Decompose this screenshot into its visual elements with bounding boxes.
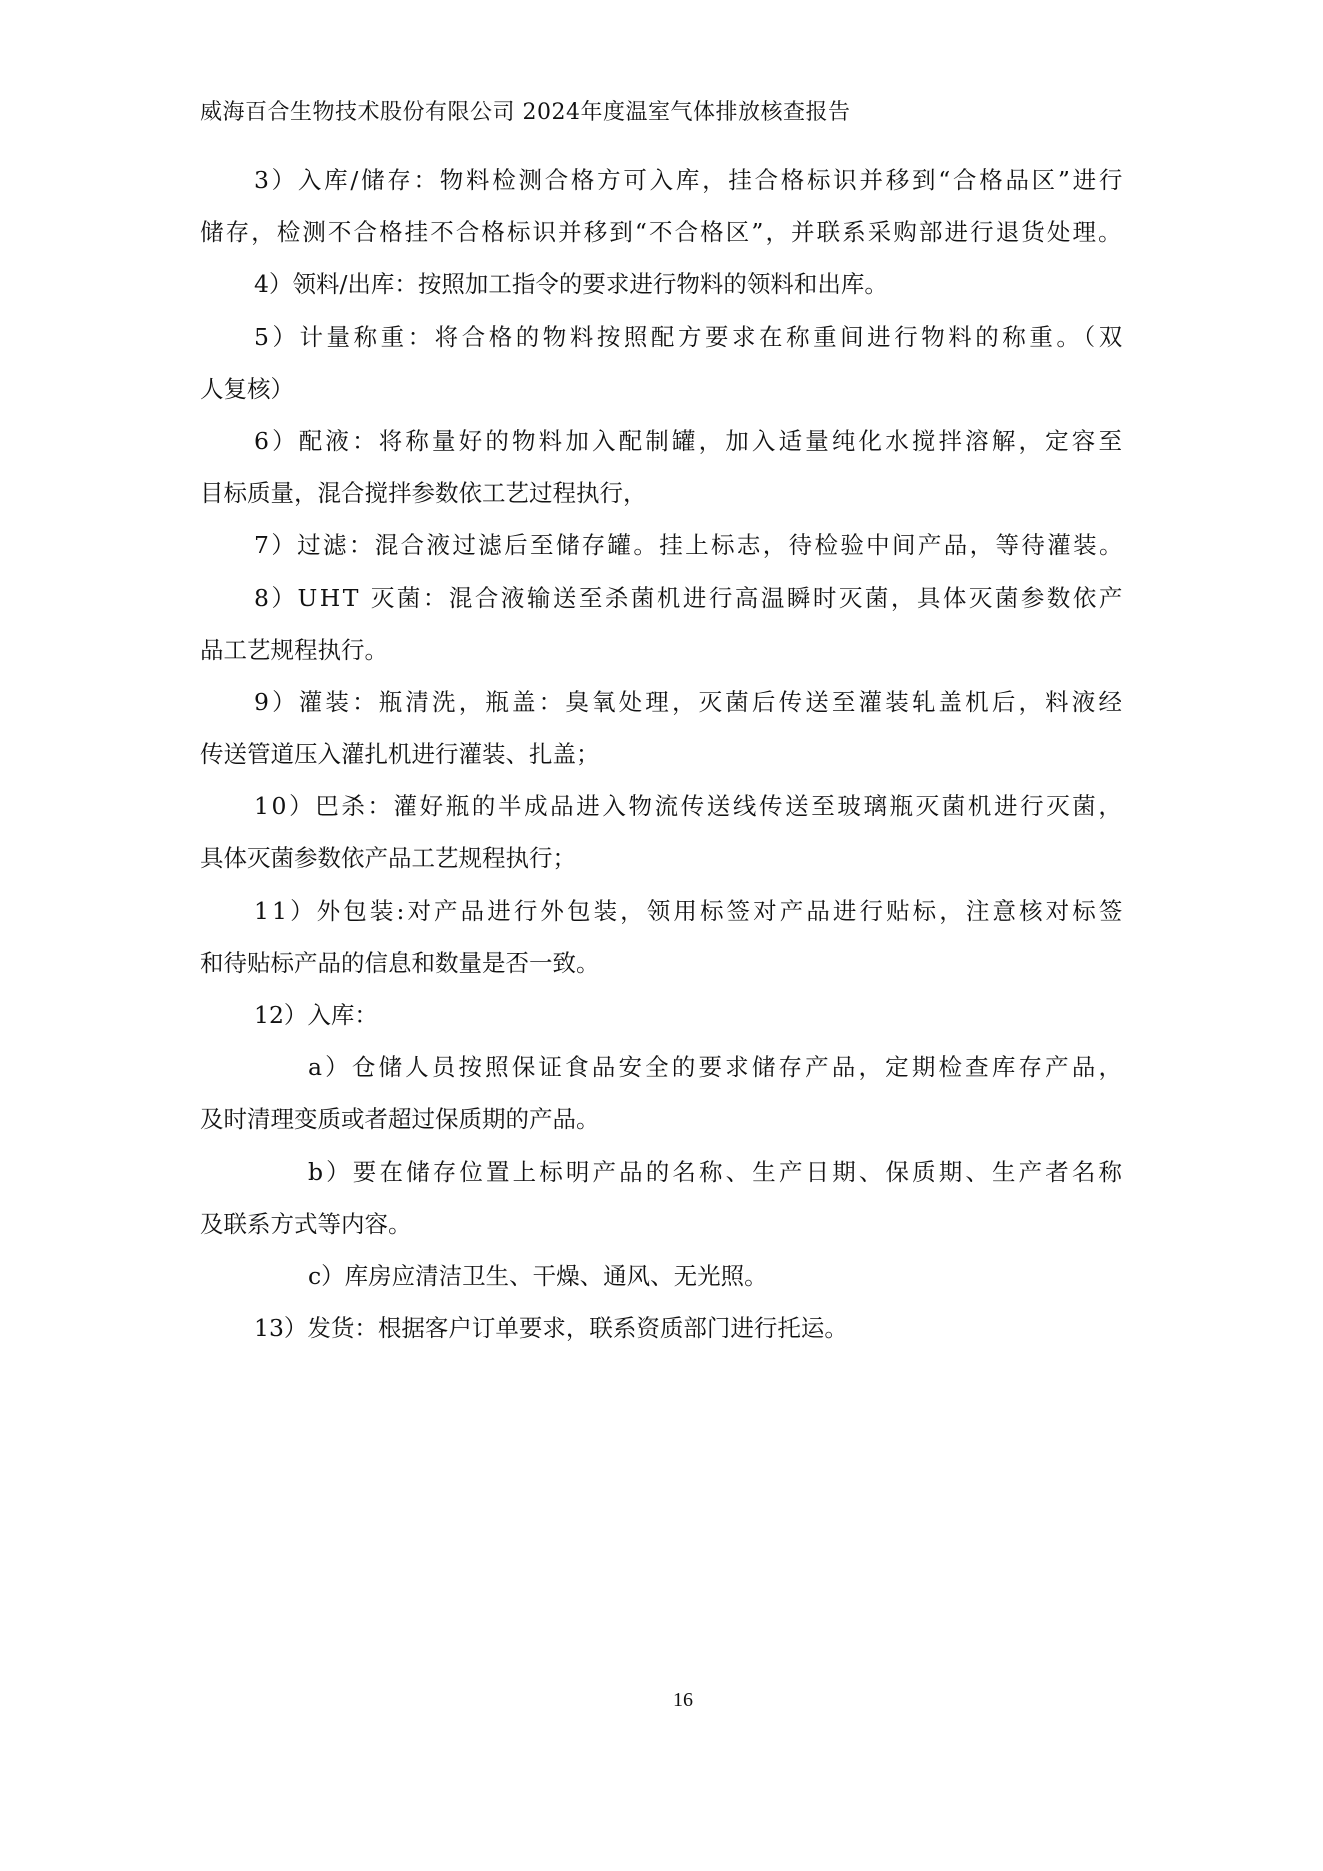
paragraph-line: 储存，检测不合格挂不合格标识并移到“不合格区”，并联系采购部进行退货处理。 — [200, 214, 1122, 266]
paragraph-line: b）要在储存位置上标明产品的名称、生产日期、保质期、生产者名称 — [200, 1154, 1122, 1206]
paragraph-line: 具体灭菌参数依产品工艺规程执行； — [200, 840, 1122, 892]
paragraph-line: 11）外包装:对产品进行外包装，领用标签对产品进行贴标，注意核对标签 — [200, 893, 1122, 945]
paragraph-line: 3）入库/储存：物料检测合格方可入库，挂合格标识并移到“合格品区”进行 — [200, 162, 1122, 214]
paragraph-line: 目标质量，混合搅拌参数依工艺过程执行， — [200, 475, 1122, 527]
paragraph-line: 12）入库： — [200, 997, 1122, 1049]
paragraph-line: 9）灌装：瓶清洗，瓶盖：臭氧处理，灭菌后传送至灌装轧盖机后，料液经 — [200, 684, 1122, 736]
paragraph-line: 和待贴标产品的信息和数量是否一致。 — [200, 945, 1122, 997]
page-header: 威海百合生物技术股份有限公司 2024年度温室气体排放核查报告 — [200, 99, 850, 127]
paragraph-line: 及时清理变质或者超过保质期的产品。 — [200, 1101, 1122, 1153]
paragraph-line: 6）配液：将称量好的物料加入配制罐，加入适量纯化水搅拌溶解，定容至 — [200, 423, 1122, 475]
paragraph-line: 传送管道压入灌扎机进行灌装、扎盖； — [200, 736, 1122, 788]
paragraph-line: 5）计量称重：将合格的物料按照配方要求在称重间进行物料的称重。（双 — [200, 319, 1122, 371]
paragraph-line: 品工艺规程执行。 — [200, 632, 1122, 684]
paragraph-line: 4）领料/出库：按照加工指令的要求进行物料的领料和出库。 — [200, 266, 1122, 318]
page-number: 16 — [0, 1687, 1323, 1713]
paragraph-line: 10）巴杀：灌好瓶的半成品进入物流传送线传送至玻璃瓶灭菌机进行灭菌， — [200, 788, 1122, 840]
paragraph-line: a）仓储人员按照保证食品安全的要求储存产品，定期检查库存产品， — [200, 1049, 1122, 1101]
paragraph-line: 13）发货：根据客户订单要求，联系资质部门进行托运。 — [200, 1310, 1122, 1362]
document-body: 3）入库/储存：物料检测合格方可入库，挂合格标识并移到“合格品区”进行 储存，检… — [200, 162, 1122, 1362]
paragraph-line: 人复核） — [200, 371, 1122, 423]
paragraph-line: 8）UHT 灭菌：混合液输送至杀菌机进行高温瞬时灭菌，具体灭菌参数依产 — [200, 580, 1122, 632]
paragraph-line: c）库房应清洁卫生、干燥、通风、无光照。 — [200, 1258, 1122, 1310]
paragraph-line: 7）过滤：混合液过滤后至储存罐。挂上标志，待检验中间产品，等待灌装。 — [200, 527, 1122, 579]
paragraph-line: 及联系方式等内容。 — [200, 1206, 1122, 1258]
